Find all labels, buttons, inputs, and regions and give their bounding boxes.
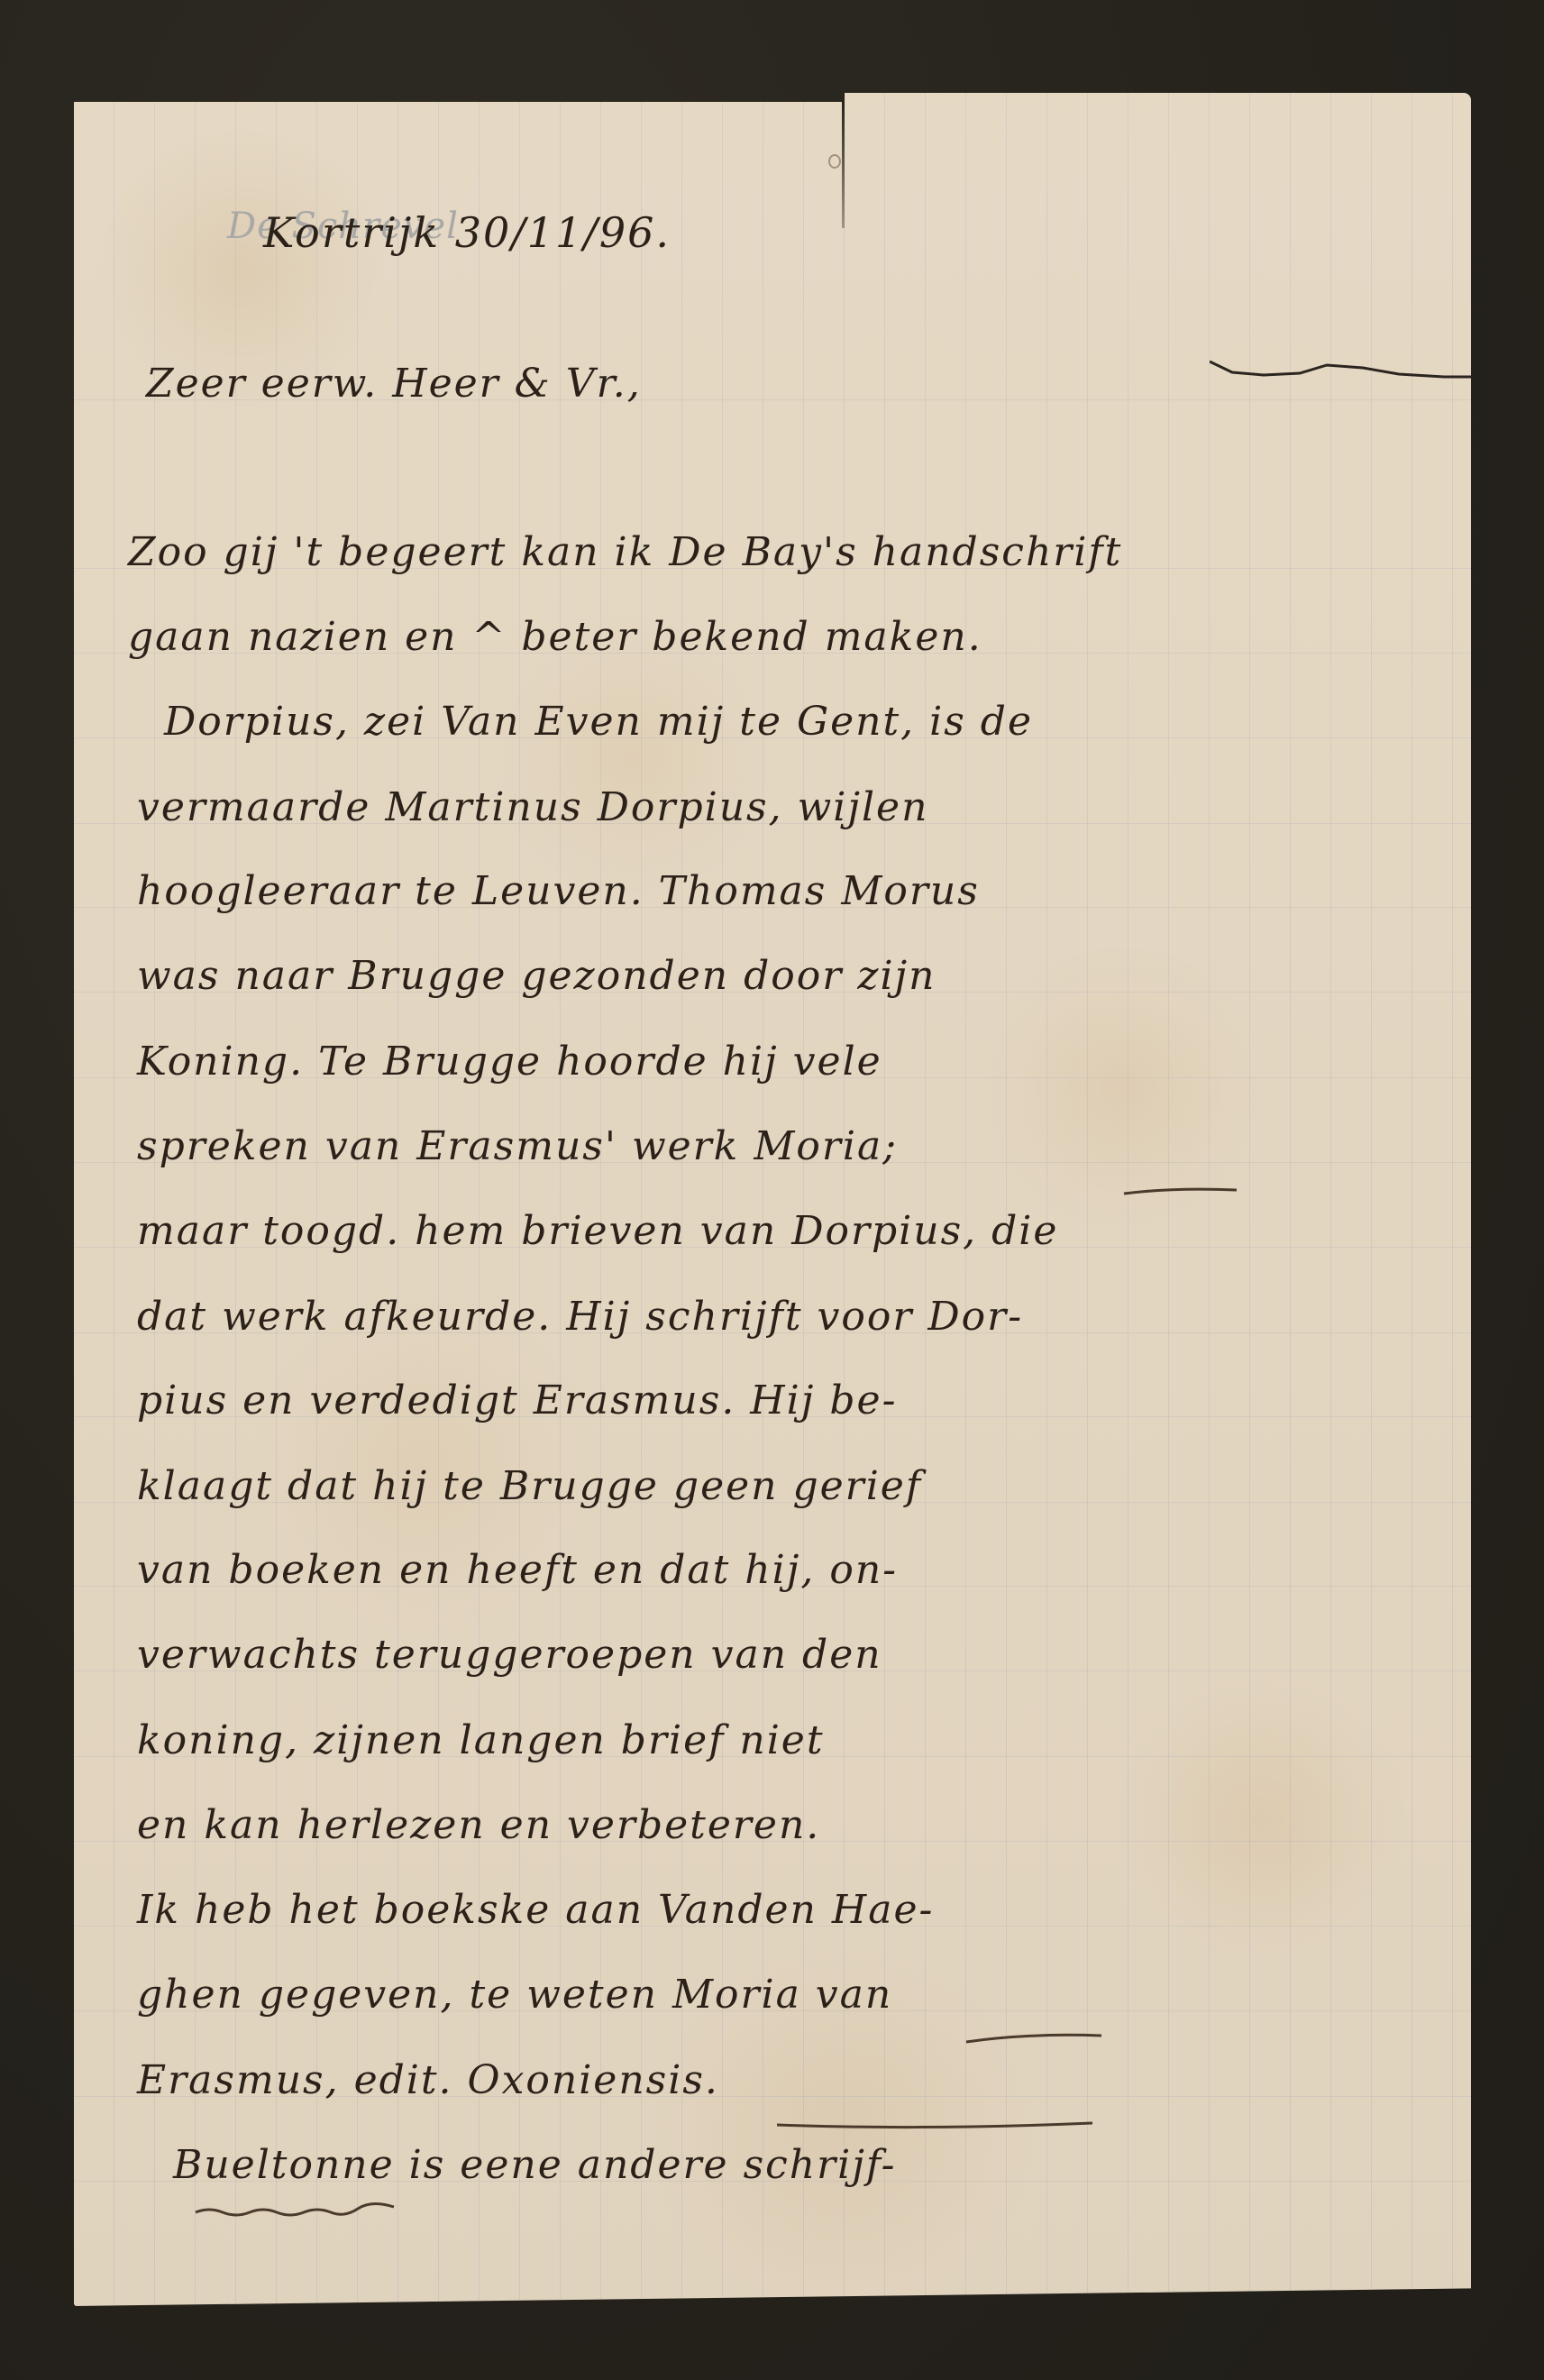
- place-date: Kortrijk 30/11/96.: [263, 208, 671, 257]
- letter-line: dat werk afkeurde. Hij schrijft voor Dor…: [137, 1294, 1023, 1340]
- letter-sheet: De Schrevel Kortrijk 30/11/96. Zeer eerw…: [74, 93, 1471, 2306]
- underline-moria-1: [1124, 1189, 1237, 1194]
- letter-line: Zoo gij 't begeert kan ik De Bay's hands…: [128, 529, 1122, 575]
- letter-line: hoogleeraar te Leuven. Thomas Morus: [137, 868, 980, 914]
- letter-line-with-underline: Erasmus, edit. Oxoniensis.: [137, 2057, 719, 2103]
- letter-line: Dorpius, zei Van Even mij te Gent, is de: [164, 699, 1033, 745]
- letter-line: was naar Brugge gezonden door zijn: [137, 953, 936, 999]
- underline-oxoniensis: [777, 2123, 1092, 2128]
- letter-line: gaan nazien en ^ beter bekend maken.: [128, 614, 982, 660]
- letter-line: van boeken en heeft en dat hij, on-: [137, 1547, 898, 1593]
- letter-line-with-underline: ghen gegeven, te weten Moria van: [137, 1972, 892, 2018]
- letter-line: vermaarde Martinus Dorpius, wijlen: [137, 784, 928, 830]
- underline-bueltonne: [196, 2203, 394, 2215]
- letter-line: koning, zijnen langen brief niet: [137, 1717, 825, 1763]
- letter-line: Koning. Te Brugge hoorde hij vele: [137, 1039, 882, 1085]
- letter-line: en kan herlezen en verbeteren.: [137, 1802, 820, 1848]
- edge-tear: [1210, 360, 1471, 387]
- letter-line: verwachts teruggeroepen van den: [137, 1632, 882, 1678]
- underline-moria-2: [966, 2035, 1101, 2042]
- letter-line: Ik heb het boekske aan Vanden Hae-: [137, 1887, 934, 1933]
- letter-line-with-underline: spreken van Erasmus' werk Moria;: [137, 1123, 898, 1169]
- line-text: ghen gegeven, te weten Moria van: [137, 1972, 892, 2018]
- letter-line: pius en verdedigt Erasmus. Hij be-: [137, 1378, 897, 1423]
- letter-line: klaagt dat hij te Brugge geen gerief: [137, 1463, 922, 1509]
- letter-line-with-underline: Bueltonne is eene andere schrijf-: [173, 2142, 896, 2188]
- line-text: spreken van Erasmus' werk Moria;: [137, 1123, 898, 1169]
- top-fold-tear: [842, 93, 845, 228]
- line-text: Bueltonne is eene andere schrijf-: [173, 2142, 896, 2188]
- punch-hole: [828, 154, 841, 169]
- line-text: Erasmus, edit. Oxoniensis.: [137, 2057, 719, 2103]
- salutation: Zeer eerw. Heer & Vr.,: [146, 361, 642, 407]
- letter-line: maar toogd. hem brieven van Dorpius, die: [137, 1208, 1058, 1254]
